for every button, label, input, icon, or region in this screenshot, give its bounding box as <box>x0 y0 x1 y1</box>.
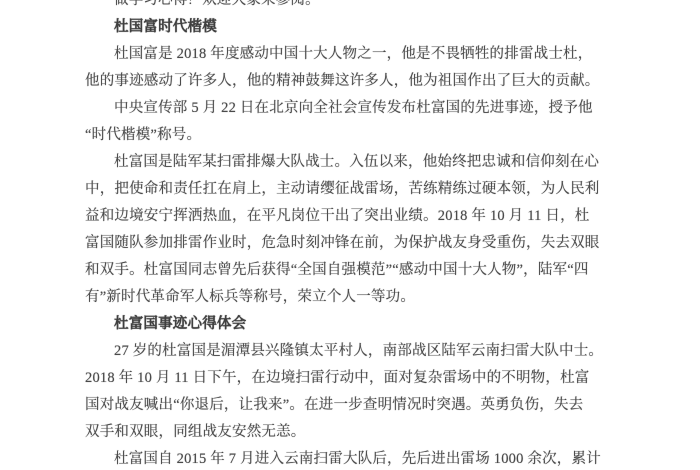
doc-line: 益和边境安宁挥洒热血，在平凡岗位干出了突出业绩。2018 年 10 月 11 日… <box>85 203 618 230</box>
document-page: 做学习心得？欢迎大家来参阅。 杜国富时代楷模 杜国富是 2018 年度感动中国十… <box>0 0 700 470</box>
doc-line: 杜国富是 2018 年度感动中国十大人物之一，他是不畏牺牲的排雷战士杜， <box>85 41 618 68</box>
doc-line: 27 岁的杜富国是湄潭县兴隆镇太平村人，南部战区陆军云南扫雷大队中士。 <box>85 338 618 365</box>
doc-line: 中央宣传部 5 月 22 日在北京向全社会宣传发布杜富国的先进事迹，授予他 <box>85 95 618 122</box>
section-heading-reflection: 杜富国事迹心得体会 <box>85 311 618 338</box>
doc-line: 富国随队参加排雷作业时，危急时刻冲锋在前，为保护战友身受重伤，失去双眼 <box>85 230 618 257</box>
doc-line: 杜富国自 2015 年 7 月进入云南扫雷大队后，先后进出雷场 1000 余次，… <box>85 446 618 470</box>
doc-line: “时代楷模”称号。 <box>85 122 618 149</box>
doc-line: 有”新时代革命军人标兵等称号，荣立个人一等功。 <box>85 284 618 311</box>
doc-line: 双手和双眼，同组战友安然无恙。 <box>85 419 618 446</box>
document-text-block: 做学习心得？欢迎大家来参阅。 杜国富时代楷模 杜国富是 2018 年度感动中国十… <box>85 0 618 470</box>
doc-line: 国对战友喊出“你退后，让我来”。在进一步查明情况时突遇。英勇负伤，失去 <box>85 392 618 419</box>
doc-line: 杜富国是陆军某扫雷排爆大队战士。入伍以来，他始终把忠诚和信仰刻在心 <box>85 149 618 176</box>
doc-line: 中，把使命和责任扛在肩上，主动请缨征战雷场，苦练精练过硬本领，为人民利 <box>85 176 618 203</box>
doc-line: 和双手。杜富国同志曾先后获得“全国自强模范”“感动中国十大人物”，陆军“四 <box>85 257 618 284</box>
doc-line: 2018 年 10 月 11 日下午，在边境扫雷行动中，面对复杂雷场中的不明物，… <box>85 365 618 392</box>
doc-line-clipped: 做学习心得？欢迎大家来参阅。 <box>85 0 618 14</box>
doc-line: 他的事迹感动了许多人，他的精神鼓舞这许多人，他为祖国作出了巨大的贡献。 <box>85 68 618 95</box>
section-heading-era-model: 杜国富时代楷模 <box>85 14 618 41</box>
